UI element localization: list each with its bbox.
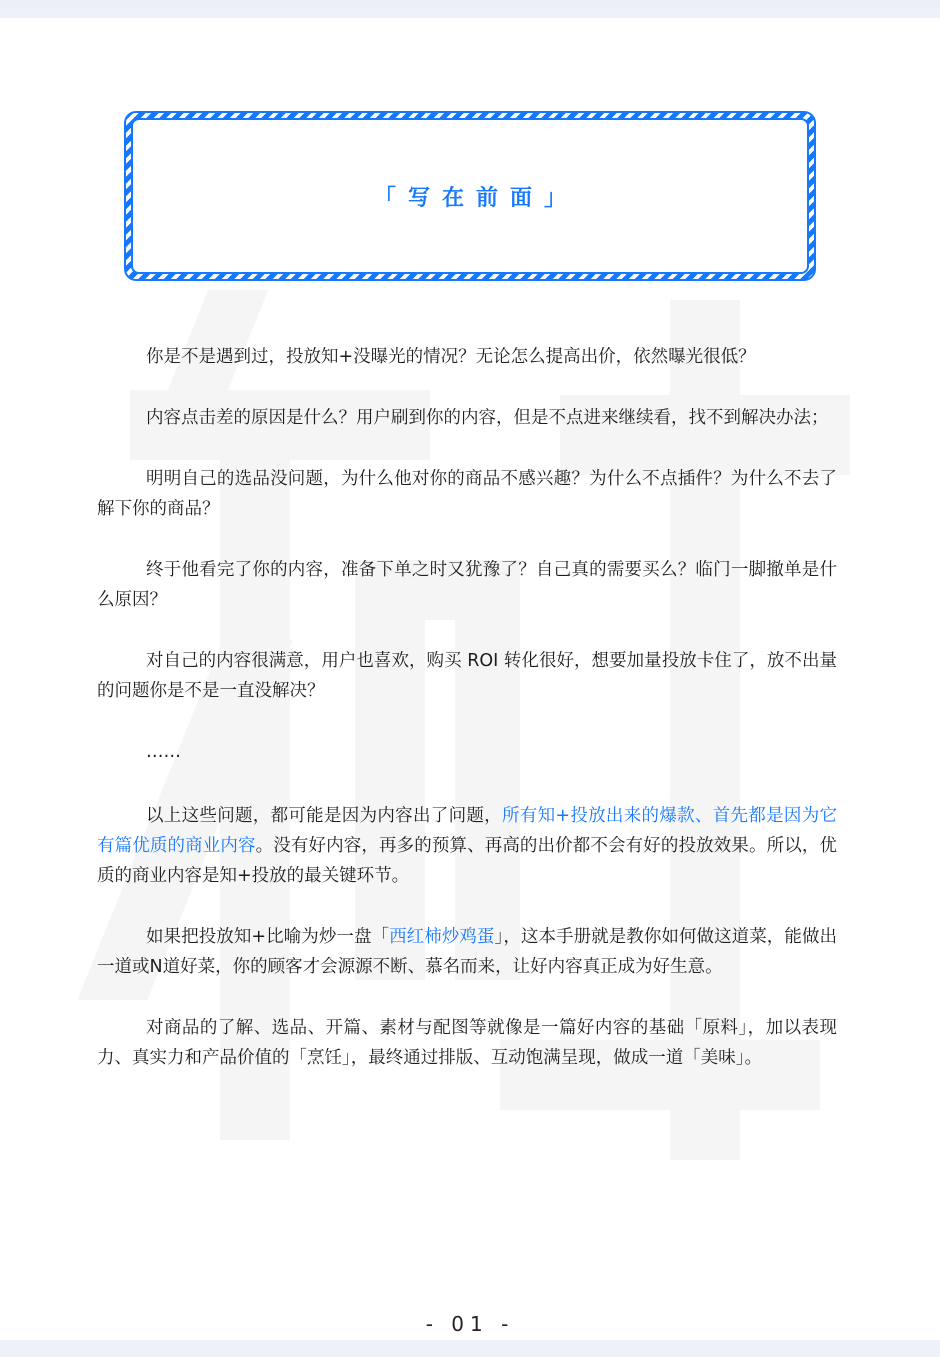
paragraph-9: 对商品的了解、选品、开篇、素材与配图等就像是一篇好内容的基础「原料」，加以表现力… [97,1013,837,1073]
bottom-page-band [0,1340,940,1357]
paragraph-7-before: 以上这些问题，都可能是因为内容出了问题， [146,806,502,826]
paragraph-ellipsis: …… [97,737,837,767]
section-title-inner: 「写在前面」 [131,118,809,274]
paragraph-8-before: 如果把投放知+比喻为炒一盘「 [146,927,389,947]
paragraph-3: 明明自己的选品没问题，为什么他对你的商品不感兴趣？为什么不点插件？为什么不去了解… [97,464,837,524]
paragraph-8: 如果把投放知+比喻为炒一盘「西红柿炒鸡蛋」，这本手册就是教你如何做这道菜，能做出… [97,922,837,982]
paragraph-7: 以上这些问题，都可能是因为内容出了问题，所有知+投放出来的爆款、首先都是因为它有… [97,801,837,891]
paragraph-4: 终于他看完了你的内容，准备下单之时又犹豫了？自己真的需要买么？临门一脚撤单是什么… [97,555,837,615]
paragraph-2: 内容点击差的原因是什么？用户刷到你的内容，但是不点进来继续看，找不到解决办法； [97,403,837,433]
paragraph-8-highlight: 西红柿炒鸡蛋 [389,927,494,947]
section-title: 「写在前面」 [362,181,578,212]
body-content: 你是不是遇到过，投放知+没曝光的情况？无论怎么提高出价，依然曝光很低？ 内容点击… [97,342,837,1104]
section-title-frame: 「写在前面」 [124,111,816,281]
page-number: - 01 - [0,1312,940,1336]
top-page-band [0,0,940,18]
paragraph-1: 你是不是遇到过，投放知+没曝光的情况？无论怎么提高出价，依然曝光很低？ [97,342,837,372]
paragraph-5: 对自己的内容很满意，用户也喜欢，购买 ROI 转化很好，想要加量投放卡住了，放不… [97,646,837,706]
